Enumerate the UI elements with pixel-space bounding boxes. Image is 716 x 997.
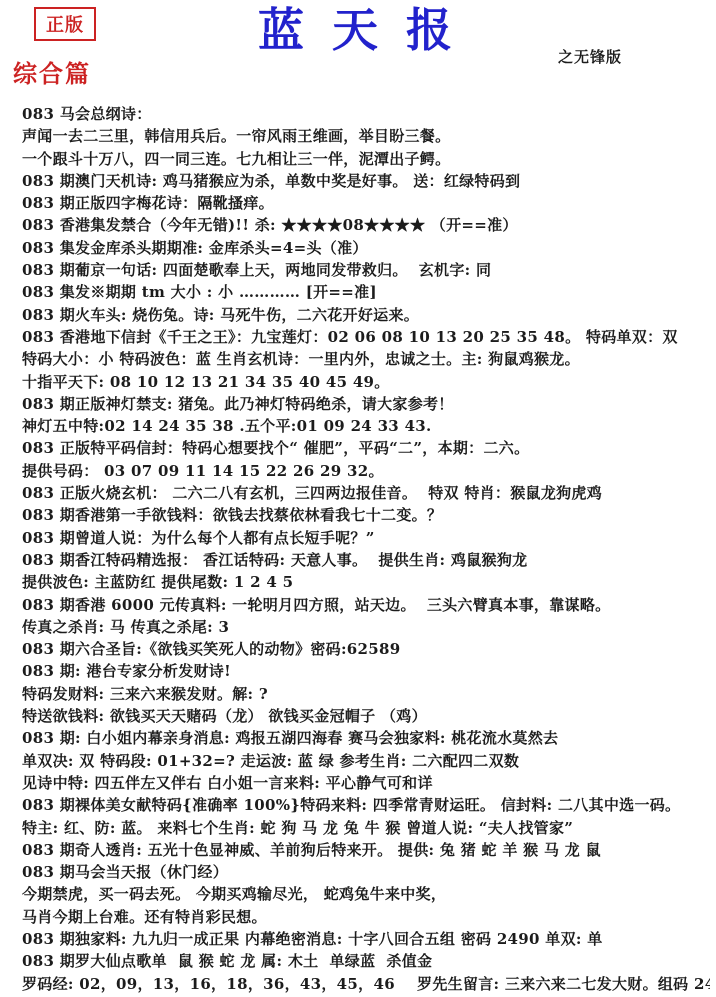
report-line: 083 期香港第一手欲钱料：欲钱去找蔡依林看我七十二变。？ (22, 504, 710, 526)
report-line: 提供波色: 主蓝防红 提供尾数: 1 2 4 5 (22, 571, 710, 593)
report-line: 083 正版特平码信封：特码心想要找个“ 催肥”，平码“二”，本期：二六。 (22, 437, 710, 459)
report-line: 083 期葡京一句话: 四面楚歌奉上天，两地同发带救归。 玄机字: 同 (22, 259, 710, 281)
report-line: 提供号码： 03 07 09 11 14 15 22 26 29 32。 (22, 460, 710, 482)
report-line: 083 期香江特码精选报： 香江话特码: 天意人事。 提供生肖: 鸡鼠猴狗龙 (22, 549, 710, 571)
report-line: 083 正版火烧玄机： 二六二八有玄机，三四两边报佳音。 特双 特肖：猴鼠龙狗虎… (22, 482, 710, 504)
report-line: 083 期奇人透肖: 五光十色显神威、羊前狗后特来开。 提供: 兔 猪 蛇 羊 … (22, 839, 710, 861)
report-line: 083 期澳门天机诗: 鸡马猪猴应为杀，单数中奖是好事。 送：红绿特码到 (22, 170, 710, 192)
report-line: 083 马会总纲诗： (22, 103, 710, 125)
report-line: 神灯五中特:02 14 24 35 38 .五个平:01 09 24 33 43… (22, 415, 710, 437)
report-line: 一个跟斗十万八，四一同三连。七九相让三一伴，泥潭出子鳄。 (22, 148, 710, 170)
report-line: 特码大小：小 特码波色：蓝 生肖玄机诗：一里内外，忠诚之士。主: 狗鼠鸡猴龙。 (22, 348, 710, 370)
report-line: 083 期正版神灯禁支: 猪兔。此乃神灯特码绝杀，请大家参考！ (22, 393, 710, 415)
report-body: 083 马会总纲诗：声闻一去二三里，韩信用兵后。一帘风雨王维画，举目盼三餐。一个… (0, 101, 716, 995)
report-line: 083 期正版四字梅花诗：隔靴搔痒。 (22, 192, 710, 214)
report-header: 正版 蓝 天 报 之无锋版 综合篇 (0, 0, 716, 101)
report-line: 083 期独家料: 九九归一成正果 内幕绝密消息: 十字八回合五组 密码 249… (22, 928, 710, 950)
report-line: 传真之杀肖: 马 传真之杀尾: 3 (22, 616, 710, 638)
report-line: 083 香港地下信封《千王之王》：九宝莲灯：02 06 08 10 13 20 … (22, 326, 710, 348)
report-line: 083 期: 港台专家分析发财诗! (22, 660, 710, 682)
report-line: 083 期曾道人说：为什么每个人都有点长短手呢？” (22, 527, 710, 549)
report-line: 马肖今期上台难。还有特肖彩民想。 (22, 906, 710, 928)
report-line: 今期禁虎，买一码去死。 今期买鸡输尽光， 蛇鸡兔牛来中奖， (22, 883, 710, 905)
report-line: 083 期裸体美女献特码{准确率 100%}特码来料: 四季常青财运旺。 信封料… (22, 794, 710, 816)
report-line: 083 期六合圣旨:《欲钱买笑死人的动物》密码:62589 (22, 638, 710, 660)
report-line: 声闻一去二三里，韩信用兵后。一帘风雨王维画，举目盼三餐。 (22, 125, 710, 147)
report-line: 单双决: 双 特码段: 01+32=? 走运波: 蓝 绿 参考生肖: 二六配四二… (22, 750, 710, 772)
report-line: 083 集发金库杀头期期准: 金库杀头=4=头（准） (22, 237, 710, 259)
report-line: 特主: 红、防: 蓝。 来料七个生肖: 蛇 狗 马 龙 兔 牛 猴 曾道人说: … (22, 817, 710, 839)
report-line: 特送欲钱料: 欲钱买天天赌码（龙） 欲钱买金冠帽子 （鸡） (22, 705, 710, 727)
report-line: 083 期: 白小姐内幕亲身消息: 鸡报五湖四海春 赛马会独家料: 桃花流水莫然… (22, 727, 710, 749)
edition-label: 之无锋版 (558, 46, 622, 67)
report-line: 见诗中特: 四五伴左又伴右 白小姐一言来料: 平心静气可和详 (22, 772, 710, 794)
section-title: 综合篇 (13, 54, 91, 89)
report-line: 特码发财料: 三来六来猴发财。解: ? (22, 683, 710, 705)
report-line: 十指平天下: 08 10 12 13 21 34 35 40 45 49。 (22, 371, 710, 393)
report-line: 083 香港集发禁合（今年无错)!! 杀: ★★★★08★★★★ （开==准） (22, 214, 710, 236)
report-line: 083 期马会当天报（休门经） (22, 861, 710, 883)
report-line: 083 集发※期期 tm 大小 : 小 ………… [开==准] (22, 281, 710, 303)
report-line: 083 期香港 6000 元传真料: 一轮明月四方照，站天边。 三头六臂真本事，… (22, 594, 710, 616)
report-line: 罗码经: 02，09，13，16，18，36，43，45，46 罗先生留言: 三… (22, 973, 710, 995)
lottery-report-page: 正版 蓝 天 报 之无锋版 综合篇 083 马会总纲诗：声闻一去二三里，韩信用兵… (0, 0, 716, 997)
report-line: 083 期罗大仙点歌单 鼠 猴 蛇 龙 属: 木土 单绿蓝 杀值金 (22, 950, 710, 972)
report-line: 083 期火车头: 烧伤兔。诗: 马死牛伤，二六花开好运来。 (22, 304, 710, 326)
